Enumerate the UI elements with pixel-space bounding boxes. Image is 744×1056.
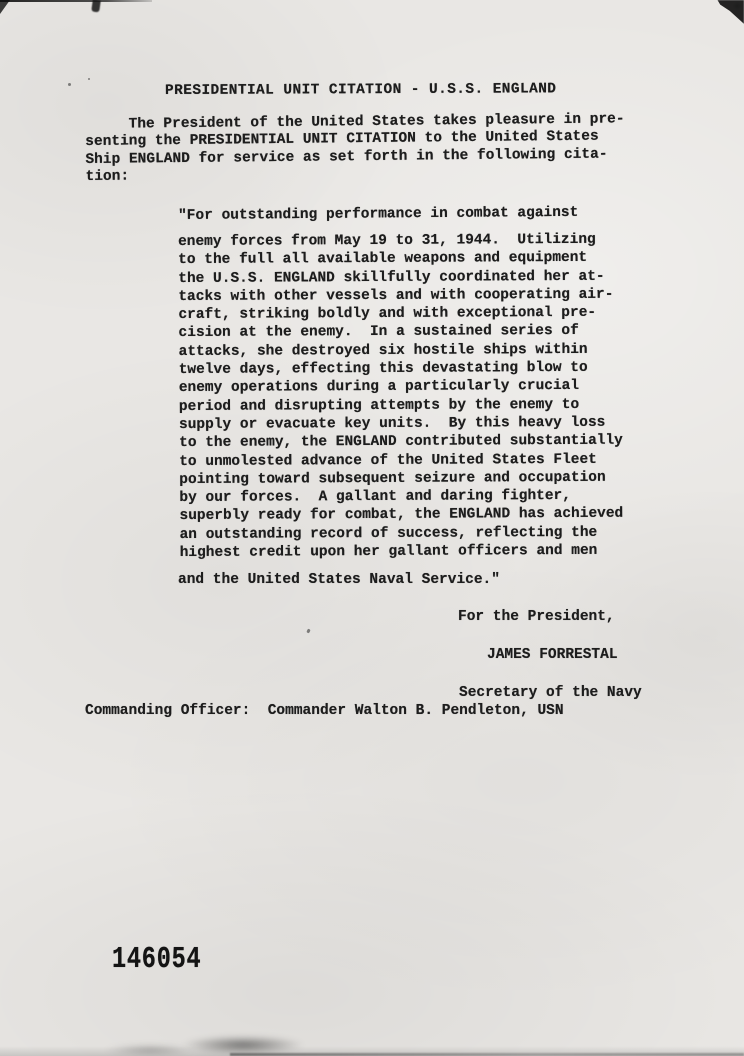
text-line: enemy operations during a particularly c…	[179, 377, 623, 398]
text-line: superbly ready for combat, the ENGLAND h…	[179, 505, 623, 526]
citation-first-line: "For outstanding performance in combat a…	[178, 205, 578, 225]
text-line: pointing toward subsequent seizure and o…	[179, 469, 623, 490]
citation-body: enemy forces from May 19 to 31, 1944. Ut…	[178, 231, 623, 563]
text-line: the U.S.S. ENGLAND skillfully coordinate…	[178, 267, 622, 288]
text-line: enemy forces from May 19 to 31, 1944. Ut…	[178, 231, 622, 252]
commanding-officer-line: Commanding Officer: Commander Walton B. …	[85, 703, 564, 720]
citation-last-line: and the United States Naval Service."	[178, 572, 500, 589]
scan-artifact-speck	[88, 78, 90, 80]
scanned-document-page: PRESIDENTIAL UNIT CITATION - U.S.S. ENGL…	[0, 0, 744, 1056]
signature-for-the-president: For the President,	[458, 609, 615, 626]
signature-name: JAMES FORRESTAL	[487, 647, 618, 664]
text-line: highest credit upon her gallant officers…	[180, 542, 624, 563]
text-line: tacks with other vessels and with cooper…	[178, 286, 622, 307]
text-line: craft, striking boldly and with exceptio…	[178, 304, 622, 325]
text-line: to the full all available weapons and eq…	[178, 249, 622, 270]
text-line: twelve days, effecting this devastating …	[179, 359, 623, 380]
text-line: to the enemy, the ENGLAND contributed su…	[179, 432, 623, 453]
signature-title: Secretary of the Navy	[459, 685, 642, 702]
text-line: supply or evacuate key units. By this he…	[179, 414, 623, 435]
text-line: period and disrupting attempts by the en…	[179, 395, 623, 416]
text-line: attacks, she destroyed six hostile ships…	[179, 340, 623, 361]
document-title: PRESIDENTIAL UNIT CITATION - U.S.S. ENGL…	[165, 81, 556, 100]
scan-artifact-speck	[306, 629, 310, 634]
scan-artifact-top-left-corner	[0, 0, 10, 14]
scan-artifact-bottom-shade	[0, 1046, 744, 1056]
serial-number-stamp: 146054	[112, 942, 201, 977]
scan-artifact-top-edge-line	[0, 0, 152, 2]
text-line: to unmolested advance of the United Stat…	[179, 450, 623, 471]
text-line: cision at the enemy. In a sustained seri…	[178, 322, 622, 343]
scan-artifact-top-tick-mark	[91, 0, 101, 12]
text-line: an outstanding record of success, reflec…	[180, 523, 624, 544]
scan-artifact-speck	[68, 83, 71, 86]
text-line: by our forces. A gallant and daring figh…	[179, 487, 623, 508]
intro-paragraph: The President of the United States takes…	[85, 111, 625, 186]
